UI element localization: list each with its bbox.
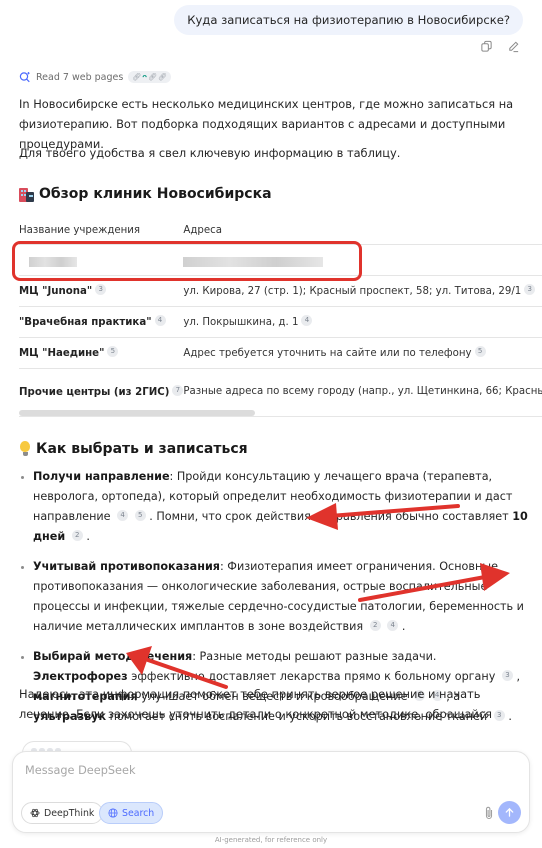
- citation-badge[interactable]: 5: [135, 510, 146, 521]
- citation-badge[interactable]: 4: [117, 510, 128, 521]
- citation-badge[interactable]: 3: [502, 670, 513, 681]
- lightbulb-emoji-icon: [19, 441, 31, 457]
- citation-badge[interactable]: 7: [172, 385, 183, 396]
- message-input[interactable]: Message DeepSeek: [25, 764, 136, 777]
- user-message-bubble: Куда записаться на физиотерапию в Новоси…: [174, 5, 523, 35]
- citation-badge[interactable]: 4: [155, 315, 166, 326]
- source-favicons[interactable]: 🔗︎ ᴖ 🔗︎ 🔗︎: [128, 71, 170, 83]
- arrow-up-icon: [504, 807, 515, 818]
- list-item: Получи направление: Пройди консультацию …: [19, 467, 534, 547]
- deepthink-toggle[interactable]: DeepThink: [21, 802, 103, 824]
- annotation-red-box: [12, 241, 362, 281]
- citation-badge[interactable]: 5: [475, 346, 486, 357]
- section-title: Как выбрать и записаться: [36, 441, 248, 457]
- message-composer[interactable]: Message DeepSeek DeepThink Search: [12, 751, 530, 833]
- closing-paragraph: Надеюсь, эта информация поможет тебе при…: [19, 684, 529, 724]
- web-search-summary[interactable]: Read 7 web pages 🔗︎ ᴖ 🔗︎ 🔗︎: [19, 71, 171, 83]
- citation-badge[interactable]: 4: [301, 315, 312, 326]
- citation-badge[interactable]: 2: [370, 620, 381, 631]
- table-row: "Врачебная практика"4 ул. Покрышкина, д.…: [19, 306, 542, 337]
- citation-badge[interactable]: 3: [95, 284, 106, 295]
- table-row: Прочие центры (из 2ГИС)7 Разные адреса п…: [19, 368, 542, 415]
- intro-paragraph-2: Для твоего удобства я свел ключевую инфо…: [19, 143, 529, 163]
- building-emoji-icon: [19, 187, 34, 202]
- citation-badge[interactable]: 4: [387, 620, 398, 631]
- link-icon: 🔗︎: [148, 72, 157, 82]
- table-bottom-border: [19, 416, 542, 417]
- read-pages-label: Read 7 web pages: [36, 72, 123, 83]
- section-title: Обзор клиник Новосибирска: [39, 186, 272, 202]
- search-sparkle-icon: [19, 71, 31, 83]
- edit-icon[interactable]: [507, 40, 520, 53]
- citation-badge[interactable]: 3: [524, 284, 535, 295]
- table-row: МЦ "Наедине"5 Адрес требуется уточнить н…: [19, 337, 542, 368]
- send-button[interactable]: [498, 801, 521, 824]
- citation-badge[interactable]: 5: [107, 346, 118, 357]
- search-toggle[interactable]: Search: [99, 802, 163, 824]
- user-message-actions: [480, 40, 520, 53]
- section-heading-clinics: Обзор клиник Новосибирска: [19, 186, 272, 202]
- link-icon: 🔗︎: [132, 72, 141, 82]
- atom-icon: [30, 808, 40, 818]
- ai-disclaimer: AI-generated, for reference only: [0, 836, 542, 844]
- site-favicon-icon: ᴖ: [142, 72, 147, 82]
- link-icon: 🔗︎: [158, 72, 167, 82]
- section-heading-howto: Как выбрать и записаться: [19, 441, 248, 457]
- attach-icon[interactable]: [482, 805, 496, 821]
- list-item: Учитывай противопоказания: Физиотерапия …: [19, 557, 534, 637]
- citation-badge[interactable]: 2: [72, 530, 83, 541]
- copy-icon[interactable]: [480, 40, 493, 53]
- globe-icon: [108, 808, 118, 818]
